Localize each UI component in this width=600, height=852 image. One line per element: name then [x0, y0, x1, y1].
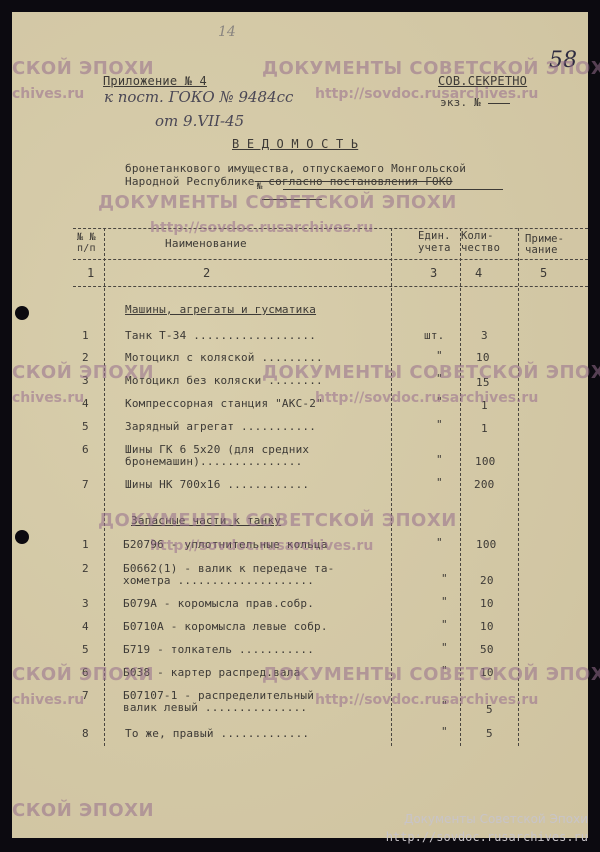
row-name: То же, правый ............. [125, 727, 309, 740]
row-number: 1 [82, 329, 89, 342]
row-number: 7 [82, 478, 89, 491]
watermark-url: chives.ru [12, 86, 84, 102]
table-colnum-rule [73, 286, 588, 287]
row-qty: 5 [486, 727, 493, 740]
watermark-text: ДОКУМЕНТЫ СОВЕТСКОЙ ЭПОХИ [262, 58, 600, 79]
watermark-text: ДОКУМЕНТЫ СОВЕТСКОЙ ЭПОХИ [98, 192, 457, 213]
row-name: Зарядный агрегат ........... [125, 420, 316, 433]
row-qty: 200 [474, 478, 494, 491]
row-name-continued: хометра .................... [123, 574, 314, 587]
row-unit: " [436, 476, 443, 489]
colnum-4: 4 [475, 266, 482, 280]
row-qty: 1 [481, 422, 488, 435]
row-unit: " [441, 641, 448, 654]
row-unit: " [441, 572, 448, 585]
header-unit: Един.учета [418, 230, 451, 254]
row-number: 2 [82, 562, 89, 575]
row-name: Б079А - коромысла прав.собр. [123, 597, 314, 610]
watermark-url: http://sovdoc.rusarchives.ru [315, 390, 538, 406]
table-header-rule [73, 259, 588, 260]
handwritten-number: 14 [218, 24, 236, 40]
row-qty: 100 [475, 455, 495, 468]
colnum-3: 3 [430, 266, 437, 280]
row-name: Танк Т-34 .................. [125, 329, 316, 342]
row-name: Б0710А - коромысла левые собр. [123, 620, 328, 633]
colnum-5: 5 [540, 266, 547, 280]
title-line-2: Народной Республике, согласно постановле… [125, 175, 453, 188]
colnum-2: 2 [203, 266, 210, 280]
row-number: 3 [82, 597, 89, 610]
row-unit: " [441, 725, 448, 738]
row-unit: " [436, 536, 443, 549]
watermark-text: ДОКУМЕНТЫ СОВЕТСКОЙ ЭПОХИ [98, 510, 457, 531]
watermark-url: http://sovdoc.rusarchives.ru [315, 86, 538, 102]
row-name: Компрессорная станция "АКС-2" [125, 397, 323, 410]
handwritten-reference: к пост. ГОКО № 9484сс [104, 88, 293, 106]
row-number: 8 [82, 727, 89, 740]
row-unit: шт. [424, 329, 444, 342]
row-qty: 50 [480, 643, 494, 656]
watermark-text: СКОЙ ЭПОХИ [12, 800, 154, 821]
watermark-text: СКОЙ ЭПОХИ [12, 362, 154, 383]
document-title: В Е Д О М О С Т Ь [232, 137, 358, 151]
watermark-url: chives.ru [12, 692, 84, 708]
row-name: Шины НК 700х16 ............ [125, 478, 309, 491]
row-name-continued: валик левый ............... [123, 701, 307, 714]
colnum-1: 1 [87, 266, 94, 280]
watermark-url: http://sovdoc.rusarchives.ru [315, 692, 538, 708]
watermark-url: http://sovdoc.rusarchives.ru [150, 220, 373, 236]
section-title-machines: Машины, агрегаты и гусматика [125, 303, 316, 316]
row-name-continued: бронемашин)............... [125, 455, 302, 468]
strike-rule [283, 189, 503, 190]
title-line-3: № [257, 182, 263, 192]
punch-hole [15, 306, 29, 320]
row-number: 5 [82, 643, 89, 656]
row-qty: 20 [480, 574, 494, 587]
header-note: Приме-чание [525, 234, 564, 256]
row-number: 5 [82, 420, 89, 433]
punch-hole [15, 530, 29, 544]
row-qty: 3 [481, 329, 488, 342]
row-unit: " [436, 349, 443, 362]
watermark-url: http://sovdoc.rusarchives.ru [150, 538, 373, 554]
row-unit: " [436, 453, 443, 466]
row-number: 1 [82, 538, 89, 551]
footer-watermark-url: http://sovdoc.rusarchives.ru [386, 830, 588, 844]
row-qty: 100 [476, 538, 496, 551]
watermark-text: ДОКУМЕНТЫ СОВЕТСКОЙ ЭПОХИ [262, 664, 600, 685]
row-unit: " [441, 618, 448, 631]
row-qty: 10 [480, 597, 494, 610]
header-qty: Коли-чество [461, 230, 500, 254]
row-name: Б719 - толкатель ........... [123, 643, 314, 656]
watermark-text: СКОЙ ЭПОХИ [12, 58, 154, 79]
title-line-1: бронетанкового имущества, отпускаемого М… [125, 162, 466, 175]
watermark-text: ДОКУМЕНТЫ СОВЕТСКОЙ ЭПОХИ [262, 362, 600, 383]
row-unit: " [436, 418, 443, 431]
header-name: Наименование [165, 237, 247, 250]
watermark-url: chives.ru [12, 390, 84, 406]
row-number: 4 [82, 620, 89, 633]
handwritten-date: от 9.VII-45 [155, 112, 244, 130]
header-num: № №п/п [77, 232, 96, 254]
row-unit: " [441, 595, 448, 608]
watermark-text: СКОЙ ЭПОХИ [12, 664, 154, 685]
row-number: 6 [82, 443, 89, 456]
footer-watermark-title: Документы Советской Эпохи [404, 812, 588, 826]
row-qty: 10 [480, 620, 494, 633]
